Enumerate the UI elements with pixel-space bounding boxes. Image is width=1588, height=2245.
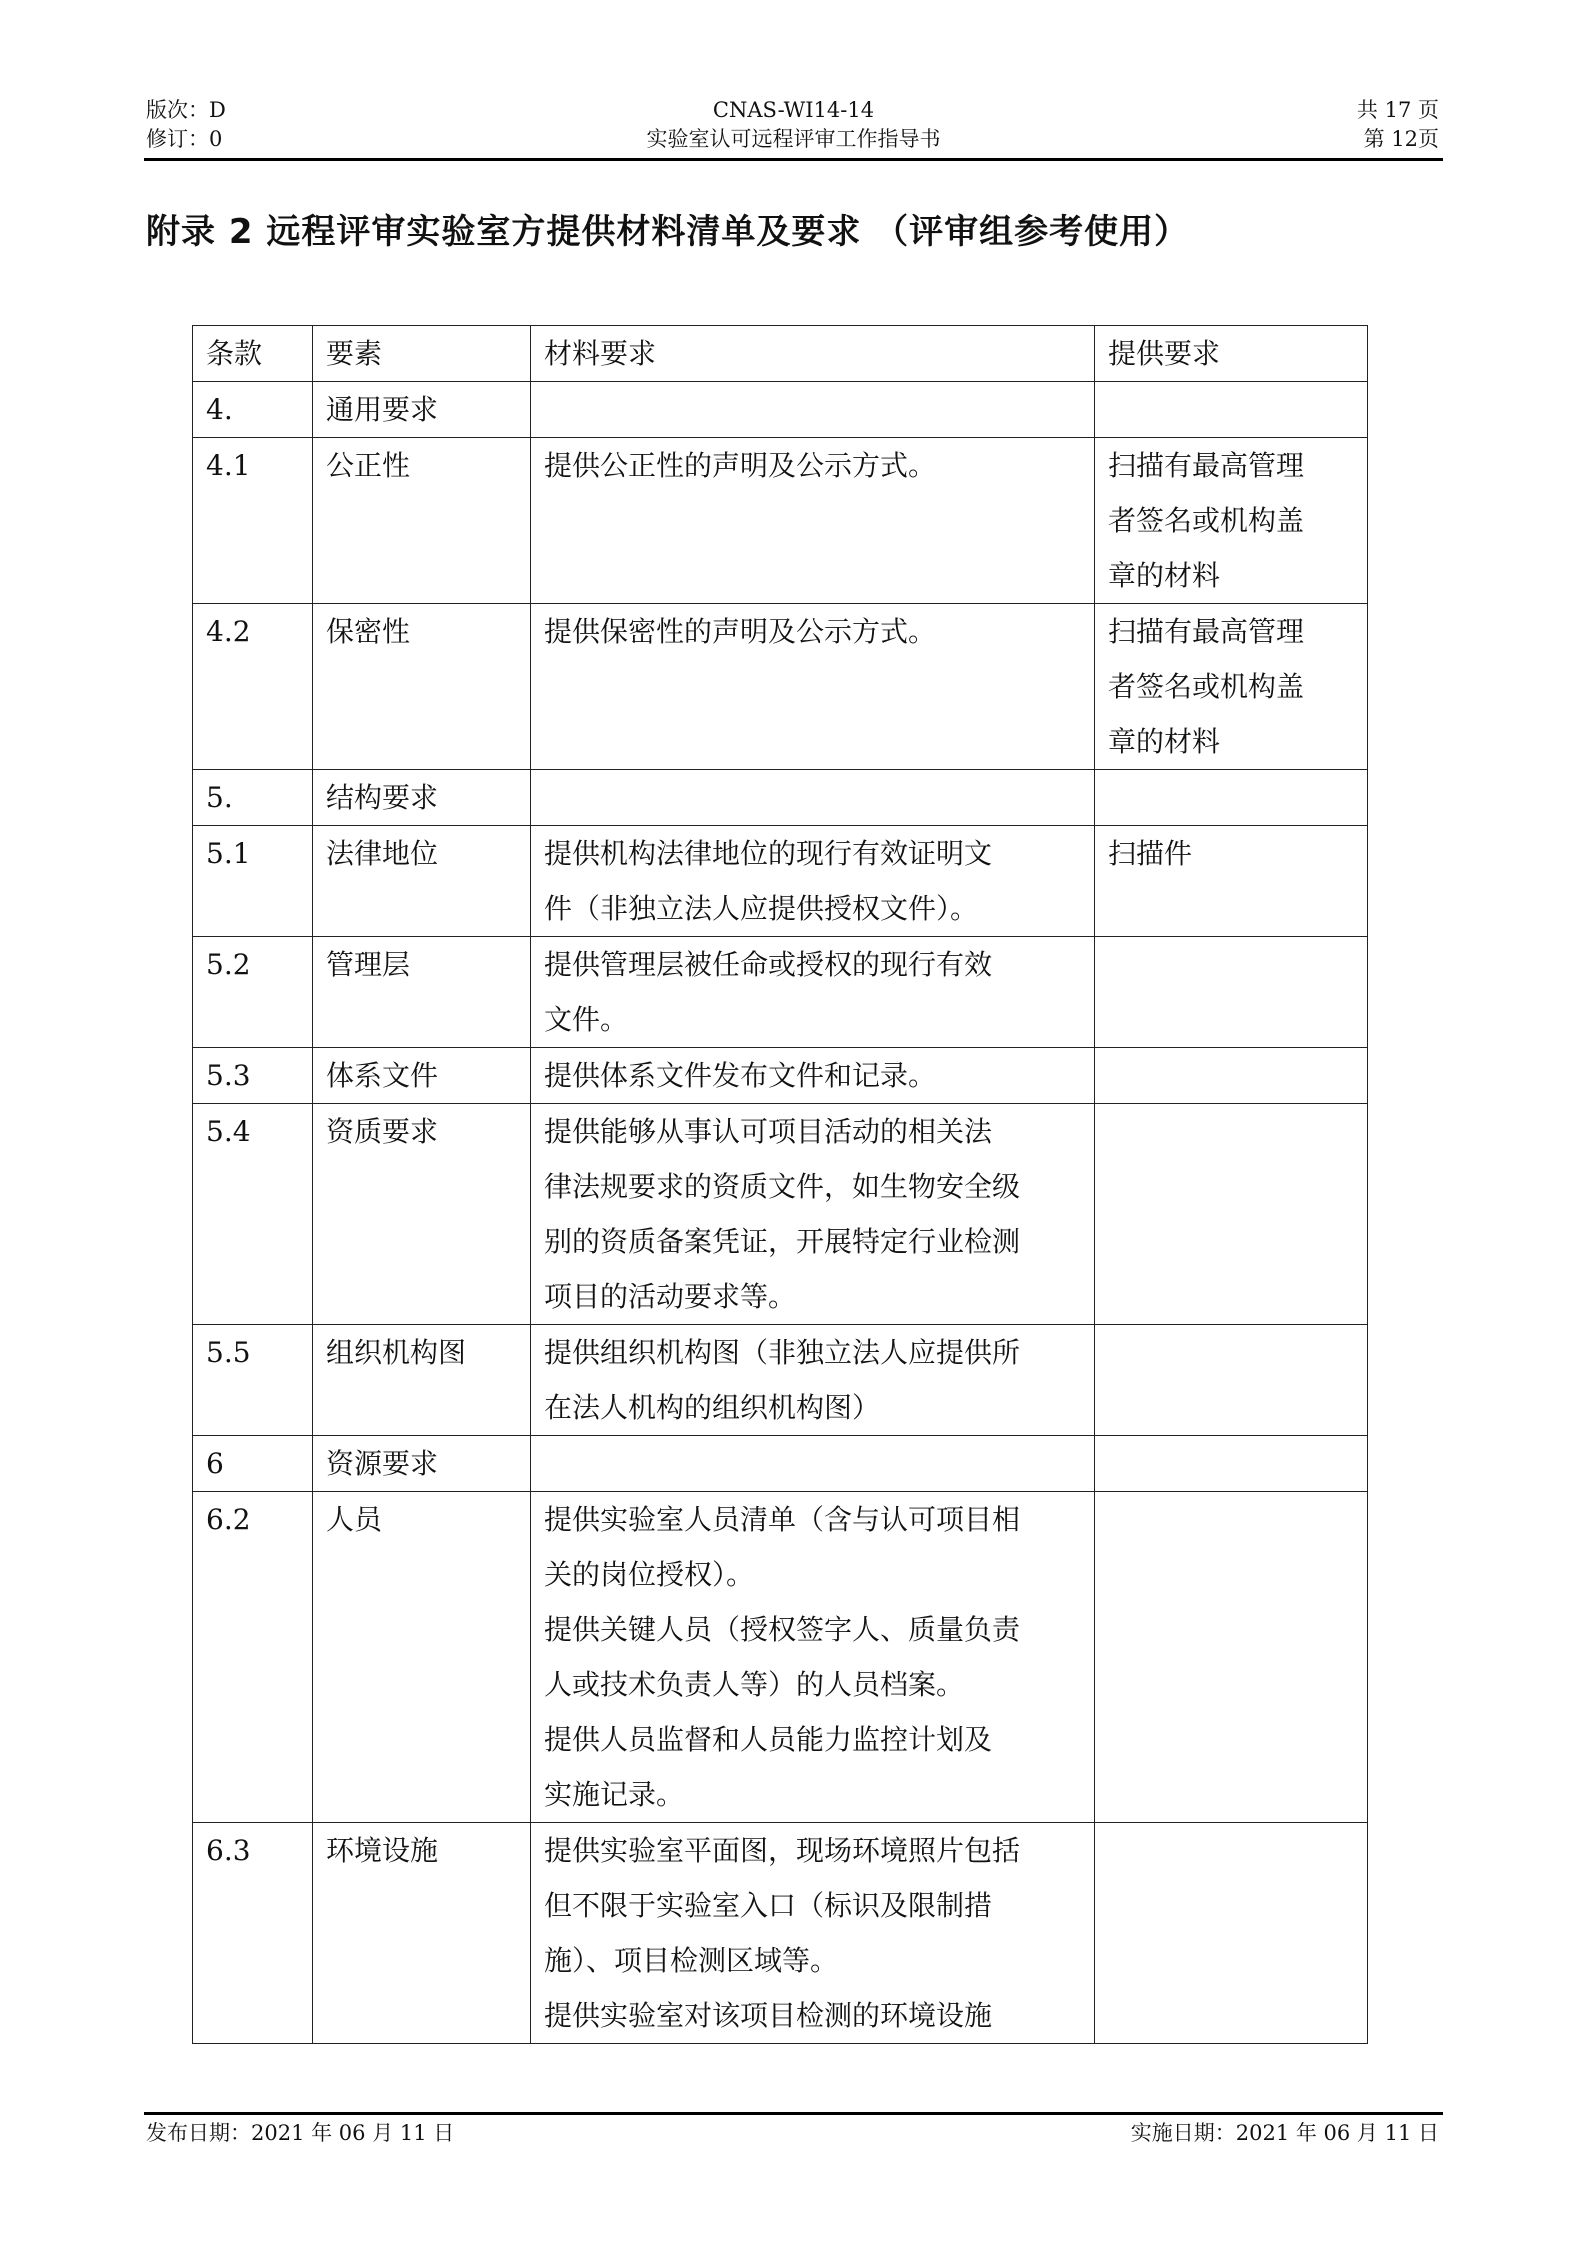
provide-cell [1095,1325,1368,1436]
table-row: 6.3环境设施提供实验室平面图，现场环境照片包括但不限于实验室入口（标识及限制措… [193,1823,1368,2044]
clause-cell: 5.5 [193,1325,313,1436]
doc-code: CNAS-WI14-14 [144,96,1443,125]
column-header-element: 要素 [313,326,531,382]
effective-date: 实施日期：2021 年 06 月 11 日 [1131,2118,1439,2148]
materials-line: 提供管理层被任命或授权的现行有效 [544,937,1080,992]
provide-line: 章的材料 [1108,714,1353,769]
appendix-title: 附录 2 远程评审实验室方提供材料清单及要求 （评审组参考使用） [146,208,1189,256]
clause-cell: 6 [193,1436,313,1492]
materials-line: 提供关键人员（授权签字人、质量负责 [544,1602,1080,1657]
materials-line: 件（非独立法人应提供授权文件）。 [544,881,1080,936]
table-row: 4.1公正性提供公正性的声明及公示方式。扫描有最高管理者签名或机构盖章的材料 [193,438,1368,604]
publish-date: 发布日期：2021 年 06 月 11 日 [146,2118,454,2148]
materials-cell: 提供实验室人员清单（含与认可项目相关的岗位授权）。提供关键人员（授权签字人、质量… [531,1492,1095,1823]
materials-line: 提供实验室平面图，现场环境照片包括 [544,1823,1080,1878]
element-cell: 环境设施 [313,1823,531,2044]
materials-cell [531,1436,1095,1492]
materials-line: 提供公正性的声明及公示方式。 [544,438,1080,493]
table-row: 4.通用要求 [193,382,1368,438]
materials-line: 提供机构法律地位的现行有效证明文 [544,826,1080,881]
materials-line: 提供实验室对该项目检测的环境设施 [544,1988,1080,2043]
clause-cell: 6.3 [193,1823,313,2044]
element-cell: 人员 [313,1492,531,1823]
materials-cell: 提供管理层被任命或授权的现行有效文件。 [531,937,1095,1048]
materials-line: 提供能够从事认可项目活动的相关法 [544,1104,1080,1159]
materials-line: 提供体系文件发布文件和记录。 [544,1048,1080,1103]
provide-cell [1095,770,1368,826]
doc-name: 实验室认可远程评审工作指导书 [144,125,1443,154]
table-body: 4.通用要求 4.1公正性提供公正性的声明及公示方式。扫描有最高管理者签名或机构… [193,382,1368,2044]
provide-line: 扫描有最高管理 [1108,604,1353,659]
clause-cell: 4. [193,382,313,438]
materials-requirements-table: 条款 要素 材料要求 提供要求 4.通用要求 4.1公正性提供公正性的声明及公示… [192,325,1368,2044]
column-header-materials: 材料要求 [531,326,1095,382]
clause-cell: 5.1 [193,826,313,937]
table-row: 5.4资质要求提供能够从事认可项目活动的相关法律法规要求的资质文件，如生物安全级… [193,1104,1368,1325]
table-row: 5.2管理层提供管理层被任命或授权的现行有效文件。 [193,937,1368,1048]
clause-cell: 4.2 [193,604,313,770]
materials-cell [531,770,1095,826]
materials-cell: 提供能够从事认可项目活动的相关法律法规要求的资质文件，如生物安全级别的资质备案凭… [531,1104,1095,1325]
materials-cell: 提供机构法律地位的现行有效证明文件（非独立法人应提供授权文件）。 [531,826,1095,937]
provide-cell [1095,937,1368,1048]
element-cell: 通用要求 [313,382,531,438]
materials-cell [531,382,1095,438]
element-cell: 资质要求 [313,1104,531,1325]
materials-line: 项目的活动要求等。 [544,1269,1080,1324]
materials-cell: 提供实验室平面图，现场环境照片包括但不限于实验室入口（标识及限制措施）、项目检测… [531,1823,1095,2044]
materials-cell: 提供保密性的声明及公示方式。 [531,604,1095,770]
provide-line: 扫描有最高管理 [1108,438,1353,493]
table-row: 5.结构要求 [193,770,1368,826]
materials-line: 提供实验室人员清单（含与认可项目相 [544,1492,1080,1547]
provide-cell [1095,1823,1368,2044]
page-footer: 发布日期：2021 年 06 月 11 日 实施日期：2021 年 06 月 1… [144,2112,1443,2149]
element-cell: 结构要求 [313,770,531,826]
materials-line: 施）、项目检测区域等。 [544,1933,1080,1988]
materials-cell: 提供公正性的声明及公示方式。 [531,438,1095,604]
materials-line: 提供人员监督和人员能力监控计划及 [544,1712,1080,1767]
table-row: 5.5组织机构图提供组织机构图（非独立法人应提供所在法人机构的组织机构图） [193,1325,1368,1436]
clause-cell: 5.2 [193,937,313,1048]
clause-cell: 6.2 [193,1492,313,1823]
provide-cell: 扫描有最高管理者签名或机构盖章的材料 [1095,604,1368,770]
clause-cell: 5.4 [193,1104,313,1325]
table-header-row: 条款 要素 材料要求 提供要求 [193,326,1368,382]
table-row: 5.1法律地位提供机构法律地位的现行有效证明文件（非独立法人应提供授权文件）。扫… [193,826,1368,937]
materials-line: 文件。 [544,992,1080,1047]
provide-cell [1095,1048,1368,1104]
materials-line: 提供组织机构图（非独立法人应提供所 [544,1325,1080,1380]
provide-line: 扫描件 [1108,826,1353,881]
clause-cell: 5. [193,770,313,826]
provide-cell [1095,1104,1368,1325]
total-pages: 共 17 页 [1357,96,1439,125]
materials-line: 关的岗位授权）。 [544,1547,1080,1602]
element-cell: 体系文件 [313,1048,531,1104]
materials-line: 律法规要求的资质文件，如生物安全级 [544,1159,1080,1214]
materials-cell: 提供体系文件发布文件和记录。 [531,1048,1095,1104]
table-row: 4.2保密性提供保密性的声明及公示方式。扫描有最高管理者签名或机构盖章的材料 [193,604,1368,770]
provide-cell: 扫描件 [1095,826,1368,937]
provide-line: 章的材料 [1108,548,1353,603]
provide-line: 者签名或机构盖 [1108,493,1353,548]
provide-cell [1095,1436,1368,1492]
element-cell: 资源要求 [313,1436,531,1492]
materials-cell: 提供组织机构图（非独立法人应提供所在法人机构的组织机构图） [531,1325,1095,1436]
page-header: 版次：D CNAS-WI14-14 共 17 页 修订：0 实验室认可远程评审工… [144,96,1443,161]
element-cell: 公正性 [313,438,531,604]
clause-cell: 5.3 [193,1048,313,1104]
materials-line: 在法人机构的组织机构图） [544,1380,1080,1435]
provide-line: 者签名或机构盖 [1108,659,1353,714]
table-row: 5.3体系文件提供体系文件发布文件和记录。 [193,1048,1368,1104]
column-header-provide: 提供要求 [1095,326,1368,382]
column-header-clause: 条款 [193,326,313,382]
table-row: 6.2人员提供实验室人员清单（含与认可项目相关的岗位授权）。提供关键人员（授权签… [193,1492,1368,1823]
materials-line: 别的资质备案凭证，开展特定行业检测 [544,1214,1080,1269]
materials-line: 但不限于实验室入口（标识及限制措 [544,1878,1080,1933]
materials-line: 实施记录。 [544,1767,1080,1822]
provide-cell [1095,382,1368,438]
table-row: 6资源要求 [193,1436,1368,1492]
materials-line: 人或技术负责人等）的人员档案。 [544,1657,1080,1712]
provide-cell: 扫描有最高管理者签名或机构盖章的材料 [1095,438,1368,604]
element-cell: 保密性 [313,604,531,770]
provide-cell [1095,1492,1368,1823]
element-cell: 法律地位 [313,826,531,937]
materials-line: 提供保密性的声明及公示方式。 [544,604,1080,659]
element-cell: 管理层 [313,937,531,1048]
clause-cell: 4.1 [193,438,313,604]
element-cell: 组织机构图 [313,1325,531,1436]
current-page: 第 12页 [1364,125,1439,154]
